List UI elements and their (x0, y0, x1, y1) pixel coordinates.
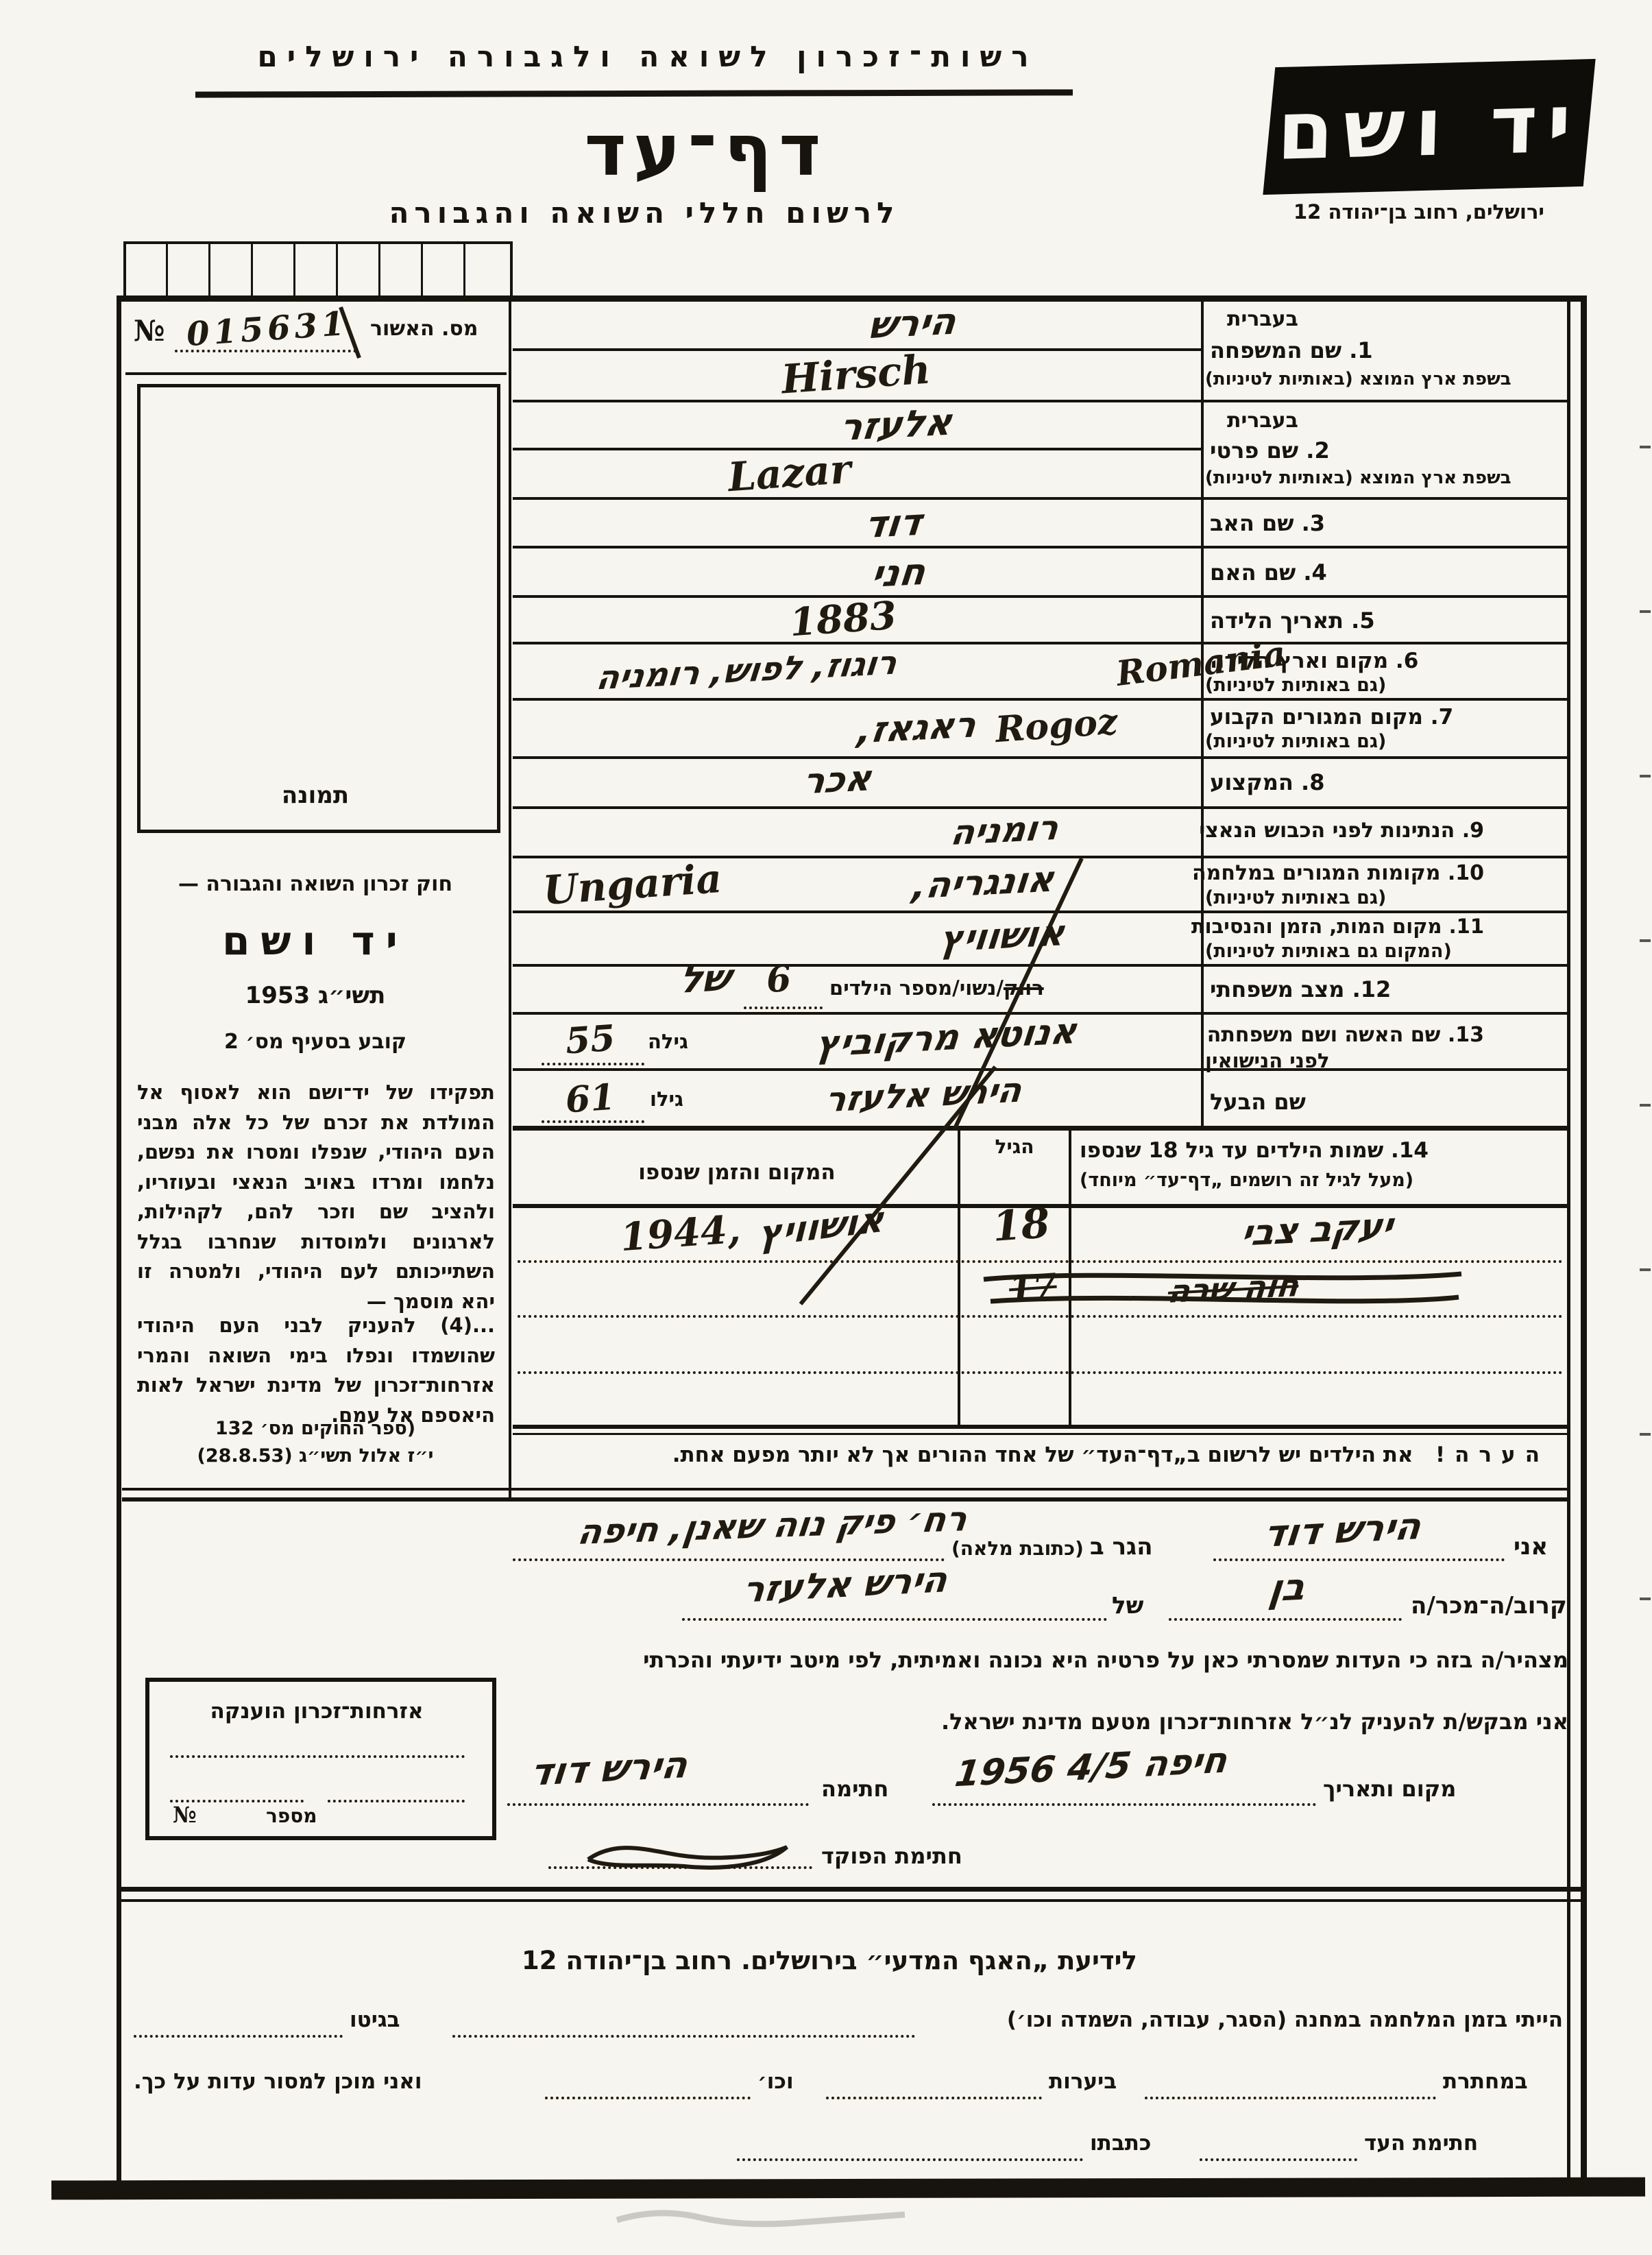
field-1-hebrew-tag: בעברית (1227, 307, 1298, 331)
grant-title: אזרחות־זכרון הוענקה (145, 1699, 488, 1724)
grant-number-label: מספר (266, 1805, 317, 1827)
decl-paragraph-1: מצהיר/ה בזה כי העדות שמסרתי כאן על פרטיה… (513, 1647, 1568, 1673)
field-10-sublabel: (גם באותיות לטיניות) (1205, 887, 1386, 908)
scan-edge-tick (1640, 1433, 1651, 1436)
scan-edge-tick (1640, 775, 1651, 777)
note-text: את הילדים יש לרשום ב„דף־העד״ של אחד ההור… (672, 1443, 1413, 1467)
field-13-label: 13. שם האשה ושם משפחתה (1210, 1023, 1484, 1047)
field-5-label: 5. תאריך הלידה (1210, 607, 1484, 634)
info-witness-addr-label: כתבתו (1090, 2131, 1151, 2156)
decl-signature-dotted (507, 1803, 809, 1806)
field-1-label: 1. שם המשפחה (1210, 337, 1484, 363)
info-witness-sig-dotted (1200, 2158, 1357, 2161)
index-grid-line (208, 241, 210, 296)
note-top-rule (513, 1433, 1567, 1435)
field-husband-age-value: 61 (564, 1076, 616, 1122)
decl-resides-label: הגר ב (1090, 1533, 1153, 1560)
index-grid-line (463, 241, 465, 296)
field-12-option-separator-1: / (996, 976, 1004, 1000)
serial-number-sign: № (134, 314, 165, 348)
page-of-testimony-scan: רשות־זכרון לשואה ולגבורה ירושלים דף־עד ל… (0, 0, 1652, 2255)
field-12-scribble: של (677, 956, 733, 1002)
field-1-value-hebrew: הירש (866, 300, 959, 348)
entry-line (513, 642, 1567, 644)
field-10-value-hebrew: אונגריה, (910, 859, 1056, 908)
decl-of-dotted (682, 1618, 1107, 1621)
field-husband-label: שם הבעל (1210, 1089, 1484, 1115)
scan-edge-tick (1640, 1597, 1651, 1600)
children-title: 14. שמות הילדים עד גיל 18 שנספו (1080, 1138, 1484, 1163)
law-heading: חוק זכרון השואה והגבורה — (134, 872, 497, 896)
decl-address-dotted (513, 1558, 945, 1561)
field-6-value-hebrew: רוגוז, לפוש, רומניה (594, 644, 899, 698)
field-husband-value: הירש אלעזר (823, 1070, 1024, 1120)
field-10-label: 10. מקומות המגורים במלחמה (1210, 861, 1484, 885)
field-13-age-dotted (542, 1063, 644, 1065)
info-forests-dotted (826, 2097, 1042, 2099)
decl-address-value: רח׳ פיק נוה שאנן, חיפה (575, 1499, 969, 1552)
field-5-value: 1883 (788, 593, 898, 646)
grant-dotted-2a (328, 1800, 465, 1802)
decl-address-tag: (כתובת מלאה) (951, 1537, 1084, 1560)
entry-line (513, 964, 1567, 967)
scan-bottom-bar (51, 2178, 1645, 2200)
info-ghetto-dotted (134, 2035, 343, 2038)
serial-label: מס. האשור (370, 317, 507, 341)
child-1-age: 18 (991, 1199, 1052, 1251)
info-title: לידיעת „האגף המדעי״ בירושלים. רחוב בן־יה… (384, 1946, 1275, 1975)
field-husband-age-dotted (542, 1120, 644, 1123)
children-title-2: (מעל לגיל זה רושמים „דף־עד״ מיוחד) (1080, 1170, 1484, 1191)
decl-place-date-label: מקום ותאריך (1323, 1776, 1456, 1802)
field-12-option-single: רווק (1004, 976, 1044, 1000)
field-4-value: חני (869, 550, 928, 596)
note-head: הערה! (1435, 1443, 1549, 1467)
field-13-sublabel: לפני הנישואין (1205, 1049, 1330, 1072)
entry-line (513, 911, 1567, 913)
decl-place-date-value: חיפה 4/5 1956 (953, 1740, 1230, 1796)
scan-edge-tick (1640, 1268, 1651, 1271)
child-2-name-crossed-out: חוה שרה (1166, 1266, 1301, 1310)
children-row-line-3 (518, 1371, 1563, 1374)
photo-box (137, 384, 500, 833)
law-name: יד ושם (134, 917, 497, 964)
info-camp-dotted (452, 2035, 915, 2038)
field-12-label: 12. מצב משפחתי (1210, 976, 1484, 1002)
children-row-line-1 (518, 1260, 1563, 1263)
grant-dotted-1 (170, 1755, 465, 1758)
children-table-bottom (513, 1425, 1567, 1429)
scan-edge-tick (1640, 446, 1651, 448)
child-2-age-crossed-out: 17 (1008, 1266, 1058, 1310)
decl-relative-dotted (1169, 1618, 1402, 1621)
index-grid (123, 241, 513, 302)
field-2-label: 2. שם פרטי (1210, 437, 1484, 463)
entry-line (513, 595, 1567, 598)
info-underground-label: במחתרת (1443, 2069, 1528, 2094)
child-1-name: יעקב צבי (1239, 1205, 1395, 1254)
field-1-value-latin: Hirsch (780, 346, 932, 402)
field-11-label: 11. מקום המות, הזמן והנסיבות (1210, 915, 1484, 938)
decl-signature-label: חתימה (821, 1776, 888, 1802)
field-13-age-value: 55 (564, 1017, 616, 1063)
field-1-latin-tag: בשפת ארץ המוצא (באותיות לטיניות) (1205, 369, 1511, 389)
field-7-label: 7. מקום המגורים הקבוע (1210, 705, 1484, 729)
decl-relative-label: קרוב/ה־מכר/ה (1411, 1592, 1567, 1619)
field-11-sublabel: (המקום גם באותיות לטיניות) (1205, 941, 1452, 962)
field-13-value: אנוטא מרקוביץ (814, 1011, 1079, 1065)
info-ghetto-label: בגיטו (350, 2007, 400, 2032)
decl-paragraph-2: אני מבקש/ת להעניק לנ״ל אזרחות־זכרון מטעם… (513, 1709, 1568, 1735)
info-etc-label: וכו׳ (757, 2069, 794, 2094)
index-grid-line (336, 241, 338, 296)
scan-edge-tick (1640, 1104, 1651, 1107)
info-underground-dotted (1145, 2097, 1436, 2099)
entry-line (513, 546, 1567, 548)
children-table-divider-right (958, 1126, 960, 1425)
yad-vashem-logo-text: יד ושם (1276, 75, 1582, 178)
info-witness-sig-label: חתימת העד (1364, 2131, 1478, 2156)
entry-line (513, 756, 1567, 759)
decl-i-dotted (1213, 1558, 1505, 1561)
index-grid-line (293, 241, 295, 296)
authority-line: רשות־זכרון לשואה ולגבורה ירושלים (226, 40, 1069, 73)
info-witness-addr-dotted (737, 2158, 1083, 2161)
field-12-option-separator-2: / (952, 976, 960, 1000)
field-2-value-hebrew: אלעזר (837, 400, 954, 449)
law-clause: קובע בסעיף מס׳ 2 (134, 1030, 497, 1054)
index-grid-line (421, 241, 423, 296)
field-3-value: דוד (862, 501, 924, 546)
field-12-options: רווק/נשוי/מספר הילדים (829, 976, 1158, 1000)
clerk-signature-scribble (588, 1847, 787, 1868)
scan-edge-tick (1640, 939, 1651, 942)
entry-line (513, 1068, 1567, 1071)
field-husband-age-tag: גילו (650, 1087, 683, 1111)
field-13-age-tag: גילה (648, 1030, 688, 1053)
field-2-hebrew-tag: בעברית (1227, 409, 1298, 433)
field-12-option-married: נשוי (960, 976, 997, 1000)
photo-label: תמונה (137, 782, 494, 809)
sidebar-divider (509, 298, 511, 1497)
children-table-divider-left (1069, 1126, 1071, 1425)
law-paragraph-2: ...(4) להעניק לבני העם היהודי שהושמדו ונ… (137, 1311, 495, 1430)
law-paragraph-1: תפקידו של יד־ושם הוא לאסוף אל המולדת את … (137, 1078, 495, 1316)
entry-line (513, 698, 1567, 701)
decl-signature-value: הירש דוד (528, 1743, 690, 1794)
decl-clerk-dotted (548, 1866, 812, 1869)
field-9-value: רומניה (949, 808, 1061, 853)
entry-line (513, 400, 1567, 402)
decl-of-value: הירש אלעזר (740, 1559, 949, 1611)
form-title: דף־עד (480, 108, 932, 192)
law-reference-1: (ספר החוקים מס׳ 132 (134, 1418, 497, 1439)
field-10-value-latin: Ungaria (542, 855, 723, 914)
field-12-children-count: 6 (765, 958, 792, 1001)
decl-of-label: של (1112, 1592, 1143, 1619)
serial-value-handwritten: 015631 (185, 304, 350, 354)
field-7-value-hebrew: ראגאז, (855, 705, 979, 752)
decl-place-date-dotted (932, 1803, 1316, 1806)
law-year: תשי״ג 1953 (134, 982, 497, 1009)
logo-address: ירושלים, רחוב בן־יהודה 12 (1227, 200, 1611, 224)
field-8-value: אכר (801, 758, 874, 802)
field-12-dotted (744, 1006, 823, 1009)
note-bottom-rule-1 (122, 1488, 1567, 1491)
grant-number-sign: № (173, 1802, 197, 1828)
yad-vashem-logo: יד ושם (1263, 59, 1595, 195)
decl-i-value: הירש דוד (1261, 1504, 1423, 1556)
field-2-value-latin: Lazar (727, 446, 853, 501)
mid-double-rule-1 (117, 1887, 1587, 1892)
label-column-divider (1201, 298, 1204, 1126)
info-camp-label: הייתי בזמן המלחמה במחנה (הסגר, עבודה, הש… (922, 2007, 1563, 2032)
decl-relative-value: בן (1267, 1565, 1308, 1611)
field-7-value-latin: Rogoz (994, 701, 1119, 751)
field-3-label: 3. שם האב (1210, 510, 1484, 536)
field-8-label: 8. המקצוע (1210, 769, 1484, 795)
mid-double-rule-2 (117, 1899, 1587, 1902)
form-subtitle: לרשום חללי השואה והגבורה (329, 196, 960, 230)
serial-bottom-line (125, 372, 507, 375)
form-left-border (117, 296, 121, 2191)
decl-i-label: אני (1514, 1533, 1548, 1560)
scan-smudge (617, 2213, 905, 2224)
index-grid-line (378, 241, 380, 296)
scan-edge-tick (1640, 610, 1651, 613)
decl-clerk-label: חתימת הפוקד (821, 1843, 962, 1869)
field-9-label: 9. הנתינות לפני הכבוש הנאצי (1210, 819, 1484, 843)
field-4-label: 4. שם האם (1210, 559, 1484, 586)
info-etc-dotted (545, 2097, 751, 2099)
header-underline (195, 89, 1073, 97)
form-right-border-outer (1581, 296, 1587, 2191)
index-grid-line (251, 241, 253, 296)
entry-line (513, 497, 1567, 500)
field-12-option-children: מספר הילדים (829, 976, 952, 1000)
form-right-border-inner (1567, 296, 1570, 2191)
note-bottom-rule-2 (122, 1497, 1567, 1502)
note-line: הערה! את הילדים יש לרשום ב„דף־העד״ של אח… (521, 1443, 1549, 1467)
child-1-place-year: 1944, (619, 1207, 742, 1260)
children-col-age: הגיל (960, 1135, 1069, 1158)
children-col-place: המקום והזמן שנספו (521, 1160, 953, 1185)
index-grid-line (166, 241, 168, 296)
children-table-top (513, 1126, 1567, 1131)
law-reference-2: י״ז אלול תשי״ג (28.8.53) (134, 1445, 497, 1467)
field-7-sublabel: (גם באותיות לטיניות) (1205, 731, 1386, 752)
field-11-value: אושוויץ (938, 913, 1067, 960)
info-ready-label: ואני מוכן למסור עדות על כך. (134, 2069, 422, 2094)
children-row-line-2 (518, 1315, 1563, 1318)
info-forests-label: ביערות (1049, 2069, 1117, 2094)
field-2-latin-tag: בשפת ארץ המוצא (באותיות לטיניות) (1205, 468, 1511, 488)
